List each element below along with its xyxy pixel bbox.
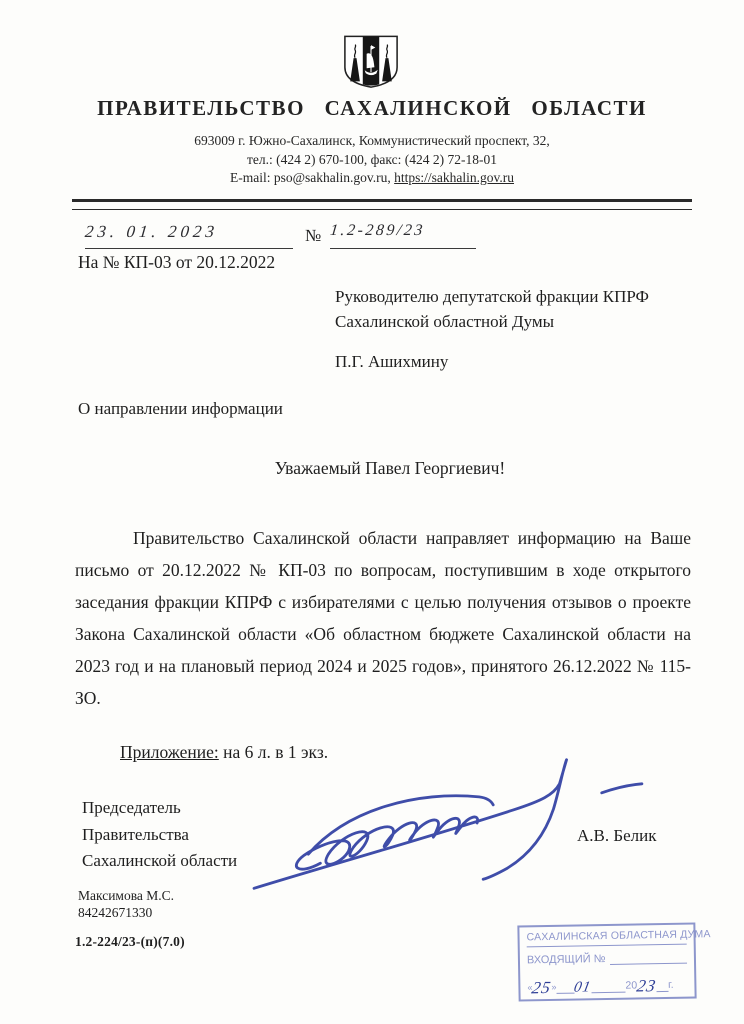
- stamp-handwritten-month: 01: [572, 979, 592, 995]
- signer-position-block: Председатель Правительства Сахалинской о…: [82, 795, 237, 875]
- stamp-handwritten-year: 23: [635, 978, 657, 994]
- executor-block: Максимова М.С. 84242671330: [78, 887, 174, 921]
- stamp-incoming-number-blank: [609, 951, 687, 965]
- sakhalin-coat-of-arms-icon: [342, 33, 400, 90]
- outgoing-date-field: 23. 01. 2023: [85, 222, 293, 249]
- stamp-handwritten-day: 25: [530, 980, 552, 996]
- signer-name: А.В. Белик: [577, 826, 657, 846]
- stamp-year-suffix: г.: [668, 979, 674, 992]
- stamp-date-row: « 25 » 01 20 23 г.: [527, 966, 687, 995]
- address-line-1: 693009 г. Южно-Сахалинск, Коммунистическ…: [0, 132, 744, 151]
- executor-name: Максимова М.С.: [78, 887, 174, 904]
- website-link: https://sakhalin.gov.ru: [394, 170, 514, 185]
- letterhead-rule-thick: [72, 199, 692, 202]
- handwritten-number: 1.2-289/23: [329, 222, 426, 240]
- handwritten-signature: [252, 750, 654, 892]
- address-line-3: E-mail: pso@sakhalin.gov.ru, https://sak…: [0, 169, 744, 188]
- letter-body-paragraph: Правительство Сахалинской области направ…: [75, 522, 691, 714]
- stamp-month-underline: [591, 980, 625, 994]
- email-text: E-mail: pso@sakhalin.gov.ru,: [230, 170, 394, 185]
- subject-line: О направлении информации: [78, 399, 283, 419]
- handwritten-date: 23. 01. 2023: [84, 222, 219, 242]
- org-address-block: 693009 г. Южно-Сахалинск, Коммунистическ…: [0, 132, 744, 188]
- signer-position-line-1: Председатель: [82, 795, 237, 822]
- recipient-block: Руководителю депутатской фракции КПРФ Са…: [335, 284, 649, 334]
- stamp-incoming-row: ВХОДЯЩИЙ №: [527, 951, 687, 967]
- executor-phone: 84242671330: [78, 904, 174, 921]
- letterhead-rule-thin: [72, 209, 692, 210]
- incoming-registration-stamp: САХАЛИНСКАЯ ОБЛАСТНАЯ ДУМА ВХОДЯЩИЙ № « …: [517, 922, 696, 1001]
- attachment-label: Приложение:: [120, 742, 219, 762]
- recipient-person: П.Г. Ашихмину: [335, 352, 448, 372]
- stamp-year-underline: [656, 979, 668, 992]
- stamp-day-underline: [556, 981, 574, 994]
- stamp-org-name: САХАЛИНСКАЯ ОБЛАСТНАЯ ДУМА: [526, 929, 686, 948]
- org-title: ПРАВИТЕЛЬСТВО САХАЛИНСКОЙ ОБЛАСТИ: [0, 96, 744, 121]
- number-sign-label: №: [305, 226, 321, 246]
- recipient-org-line-2: Сахалинской областной Думы: [335, 309, 649, 334]
- signer-position-line-2: Правительства: [82, 822, 237, 849]
- recipient-org-line-1: Руководителю депутатской фракции КПРФ: [335, 284, 649, 309]
- outgoing-number-field: 1.2-289/23: [330, 222, 476, 249]
- scanned-letter-page: ПРАВИТЕЛЬСТВО САХАЛИНСКОЙ ОБЛАСТИ 693009…: [0, 0, 744, 1024]
- salutation: Уважаемый Павел Георгиевич!: [75, 458, 705, 479]
- address-line-2: тел.: (424 2) 670-100, факс: (424 2) 72-…: [0, 151, 744, 170]
- stamp-incoming-label: ВХОДЯЩИЙ №: [527, 953, 606, 966]
- signer-position-line-3: Сахалинской области: [82, 848, 237, 875]
- document-code: 1.2-224/23-(п)(7.0): [75, 934, 185, 950]
- reply-reference-line: На № КП-03 от 20.12.2022: [78, 252, 275, 273]
